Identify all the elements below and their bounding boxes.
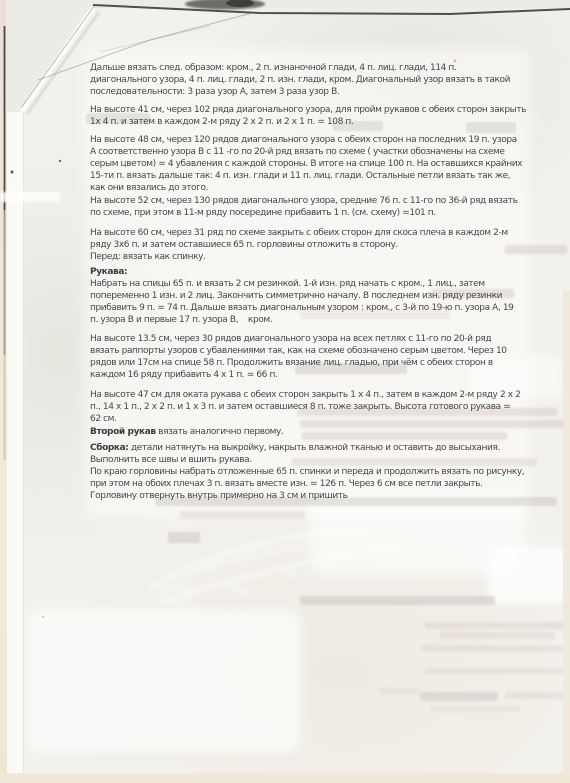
scan-light-patch-right	[488, 546, 568, 604]
speck	[59, 160, 61, 162]
fold-edge-highlight	[22, 8, 93, 110]
paragraph-48cm: На высоте 48 см, через 120 рядов диагона…	[90, 134, 542, 194]
bleed-through-artifact	[300, 596, 495, 605]
paragraph-52cm: На высоте 52 см, через 130 рядов диагона…	[90, 195, 542, 219]
scanned-page: Дальше вязать след. образом: кром., 2 п.…	[0, 0, 570, 783]
scan-edge-right	[563, 290, 570, 783]
second-sleeve-rest: вязать аналогично первому.	[156, 427, 284, 437]
bleed-through-artifact	[420, 692, 498, 701]
bleed-through-artifact	[425, 668, 563, 674]
scanner-background-top	[0, 0, 570, 8]
paragraph-sleeves-13-5cm: На высоте 13.5 см, через 30 рядов диагон…	[90, 333, 542, 381]
second-sleeve-lead: Второй рукав	[90, 427, 156, 437]
bleed-through-artifact	[180, 511, 305, 519]
scan-edge-left-cream	[0, 0, 7, 783]
assembly-first-line: детали натянуть на выкройку, накрыть вла…	[129, 443, 500, 453]
assembly-rest-lines: Выполнить все швы и вшить рукава. По кра…	[90, 454, 542, 502]
bleed-through-artifact	[430, 706, 520, 712]
paragraph-pattern-setup: Дальше вязать след. образом: кром., 2 п.…	[90, 62, 542, 98]
bleed-through-artifact	[425, 622, 565, 629]
paragraph-assembly: Сборка: детали натянуть на выкройку, нак…	[90, 442, 542, 502]
bleed-through-artifact	[505, 692, 565, 699]
paragraph-sleeves-caston: Набрать на спицы 65 п. и вязать 2 см рез…	[90, 278, 542, 326]
paragraph-60cm-front: На высоте 60 см, через 31 ряд по схеме з…	[90, 227, 542, 263]
paper-left-margin	[7, 0, 24, 783]
paragraph-second-sleeve: Второй рукав вязать аналогично первому.	[90, 426, 542, 438]
paragraph-sleeves-47cm: На высоте 47 см для оката рукава с обеих…	[90, 389, 542, 425]
paragraph-armhole-41cm: На высоте 41 см, через 102 ряда диагонал…	[90, 104, 542, 128]
scan-light-patch-bottom-left	[28, 610, 300, 752]
bleed-through-artifact	[168, 532, 200, 543]
bleed-through-artifact	[422, 645, 562, 652]
assembly-lead: Сборка:	[90, 443, 129, 453]
scan-edge-bottom	[0, 773, 570, 783]
section-heading-sleeves: Рукава:	[90, 266, 542, 278]
bleed-through-artifact	[380, 688, 420, 694]
bleed-through-artifact	[440, 632, 555, 639]
